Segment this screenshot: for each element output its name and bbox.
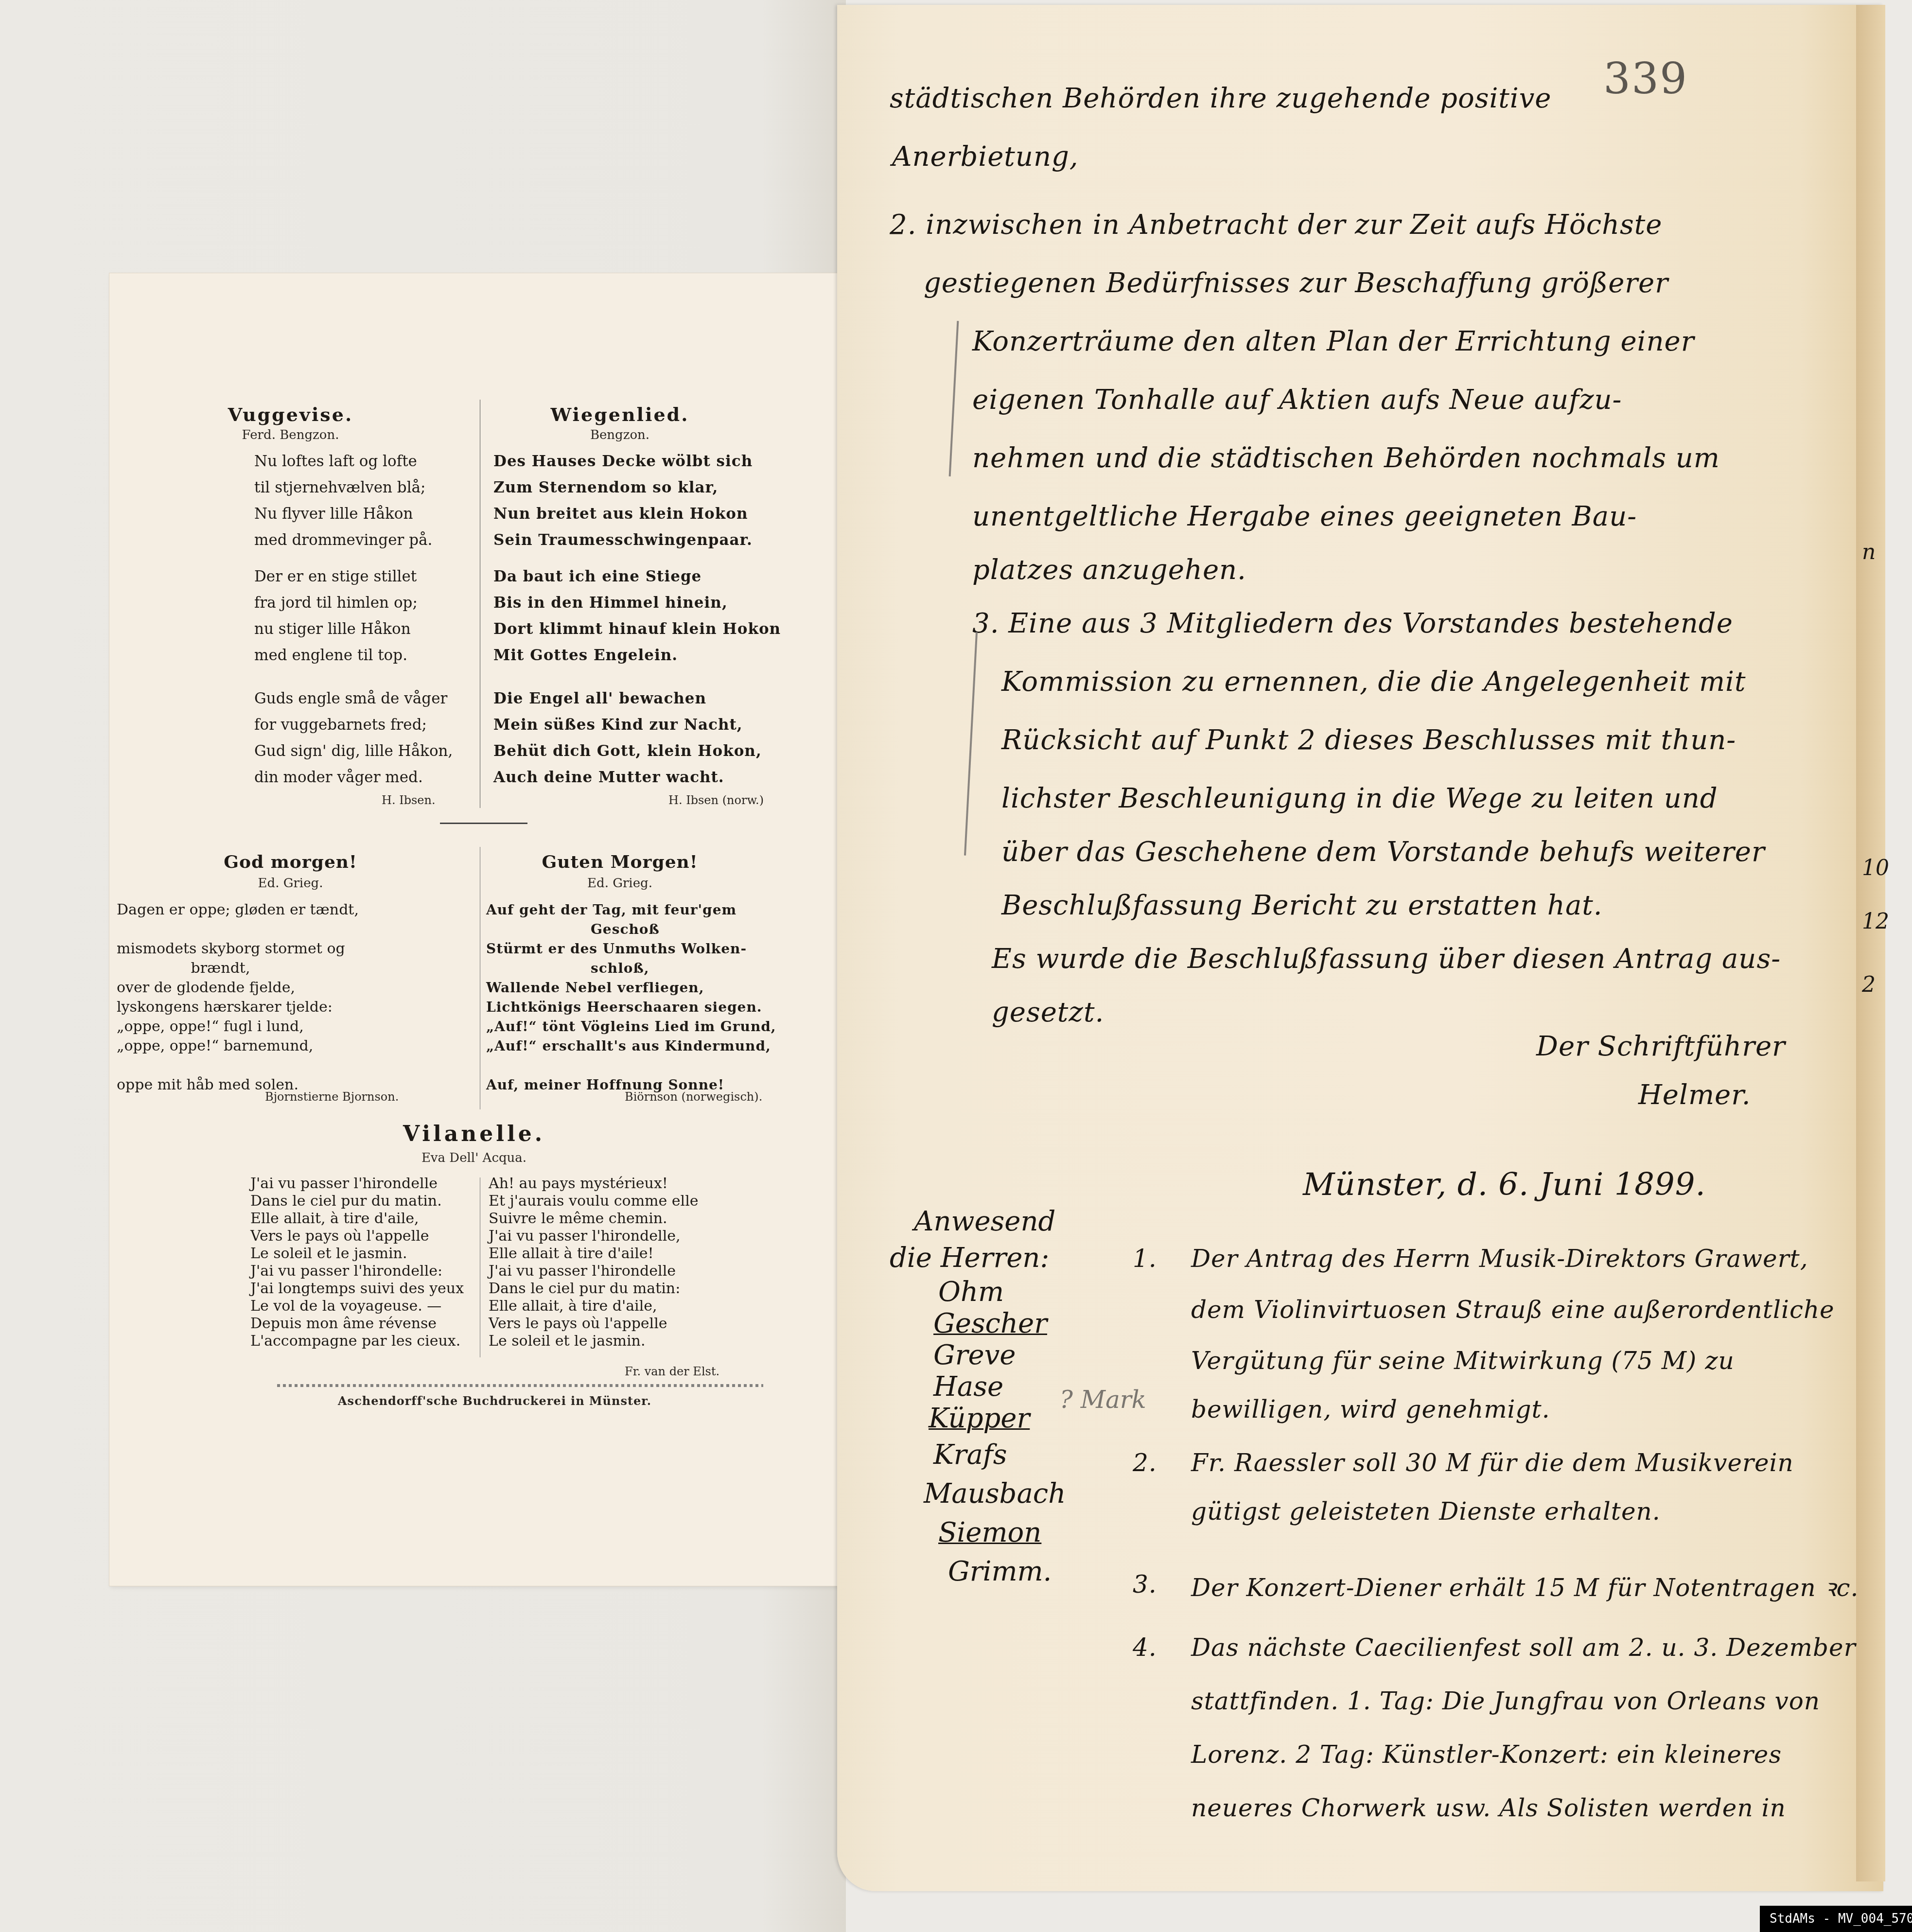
credit: Bjornstierne Bjornson. (265, 1090, 399, 1104)
attendee-name: Ohm (938, 1276, 1004, 1308)
handwritten-line: Kommission zu ernennen, die die Angelege… (1001, 666, 1746, 698)
handwritten-line: platzes anzugehen. (972, 554, 1246, 586)
item-line: Lorenz. 2 Tag: Künstler-Konzert: ein kle… (1191, 1740, 1782, 1769)
column-divider (480, 847, 480, 1109)
column-divider (480, 400, 480, 808)
credit: Biörnson (norwegisch). (625, 1090, 762, 1104)
attendee-name: Grimm. (948, 1556, 1052, 1587)
handwritten-line: Anerbietung, (892, 141, 1079, 173)
credit: H. Ibsen. (382, 793, 436, 807)
item-line: Fr. Raessler soll 30 M für die dem Musik… (1191, 1449, 1794, 1477)
item-line: Das nächste Caecilienfest soll am 2. u. … (1191, 1633, 1856, 1662)
attendance-heading: Anwesend (914, 1206, 1055, 1237)
handwritten-line: Beschlußfassung Bericht zu erstatten hat… (1001, 890, 1603, 921)
edge-mark: 12 (1862, 909, 1889, 934)
attendee-name: Küpper (929, 1403, 1030, 1434)
verse: Des Hauses Decke wölbt sich Zum Sternend… (493, 448, 753, 553)
verse: Dagen er oppe; gløden er tændt, mismodet… (117, 900, 359, 1095)
credit: H. Ibsen (norw.) (668, 793, 764, 807)
item-number: 2. (1133, 1449, 1157, 1477)
song-author: Ed. Grieg. (484, 876, 756, 891)
attendee-name: Mausbach (924, 1478, 1066, 1510)
section-rule (440, 823, 527, 824)
handwritten-line: über das Geschehene dem Vorstande behufs… (1001, 836, 1765, 868)
printed-programme-sheet: Vuggevise. Ferd. Bengzon. Nu loftes laft… (109, 273, 839, 1586)
song-author: Ed. Grieg. (109, 876, 472, 891)
pencil-note: ? Mark (1060, 1386, 1146, 1414)
archive-label: StdAMs - MV_004_570 (1760, 1906, 1912, 1932)
handwritten-line: 2. inzwischen in Anbetracht der zur Zeit… (890, 209, 1662, 241)
song-title-vuggevise: Vuggevise. (109, 404, 472, 425)
handwritten-line: 3. Eine aus 3 Mitgliedern des Vorstandes… (972, 608, 1733, 639)
edge-mark: 2 (1862, 972, 1876, 997)
handwritten-line: Rücksicht auf Punkt 2 dieses Beschlusses… (1001, 724, 1736, 756)
attendee-name: Hase (933, 1371, 1003, 1403)
handwritten-line: lichster Beschleunigung in die Wege zu l… (1001, 783, 1718, 814)
item-line: neueres Chorwerk usw. Als Solisten werde… (1191, 1794, 1786, 1822)
song-author: Eva Dell' Acqua. (109, 1151, 839, 1165)
song-title-guten-morgen: Guten Morgen! (484, 852, 756, 872)
item-line: gütigst geleisteten Dienste erhalten. (1191, 1497, 1661, 1526)
handwritten-line: gesetzt. (992, 997, 1104, 1028)
handwritten-line: Konzerträume den alten Plan der Errichtu… (972, 326, 1694, 357)
item-line: bewilligen, wird genehmigt. (1191, 1395, 1550, 1423)
song-author: Ferd. Bengzon. (109, 428, 472, 442)
page-number: 339 (1603, 53, 1688, 104)
attendee-name: Greve (933, 1339, 1016, 1371)
column-divider (480, 1177, 480, 1357)
printer-imprint: Aschendorff'sche Buchdruckerei in Münste… (338, 1394, 651, 1408)
handwritten-line: gestiegenen Bedürfnisses zur Beschaffung… (924, 267, 1668, 299)
song-title-god-morgen: God morgen! (109, 852, 472, 872)
handwritten-line: städtischen Behörden ihre zugehende posi… (890, 83, 1551, 114)
verse: Ah! au pays mystérieux! Et j'aurais voul… (489, 1175, 699, 1350)
item-number: 3. (1133, 1570, 1157, 1598)
verse: Guds engle små de våger for vuggebarnets… (254, 685, 453, 790)
handwritten-line: unentgeltliche Hergabe eines geeigneten … (972, 501, 1637, 532)
verse: Nu loftes laft og lofte til stjernehvælv… (254, 448, 432, 553)
verse: Der er en stige stillet fra jord til him… (254, 563, 418, 668)
item-number: 4. (1133, 1633, 1157, 1662)
attendee-name: Siemon (938, 1517, 1041, 1548)
attendance-subheading: die Herren: (890, 1242, 1049, 1274)
verse: J'ai vu passer l'hirondelle Dans le ciel… (250, 1175, 464, 1350)
verse: Die Engel all' bewachen Mein süßes Kind … (493, 685, 762, 790)
credit: Fr. van der Elst. (625, 1365, 719, 1378)
signature-name: Helmer. (1638, 1079, 1751, 1111)
item-line: dem Violinvirtuosen Strauß eine außerord… (1191, 1296, 1835, 1324)
attendee-name: Krafs (933, 1439, 1007, 1471)
item-number: 1. (1133, 1245, 1157, 1273)
handwritten-line: Es wurde die Beschlußfassung über diesen… (992, 943, 1781, 975)
item-line: stattfinden. 1. Tag: Die Jungfrau von Or… (1191, 1687, 1820, 1715)
signature-title: Der Schriftführer (1536, 1031, 1786, 1062)
song-title-wiegenlied: Wiegenlied. (484, 404, 756, 425)
song-author: Bengzon. (484, 428, 756, 442)
song-title-vilanelle: Vilanelle. (109, 1122, 839, 1146)
next-page-edge (1856, 5, 1885, 1881)
attendee-name: Gescher (933, 1308, 1047, 1339)
handwritten-line: nehmen und die städtischen Behörden noch… (972, 442, 1720, 474)
wavy-rule (277, 1384, 763, 1387)
edge-mark: n (1862, 540, 1876, 564)
item-line: Der Konzert-Diener erhält 15 M für Noten… (1191, 1570, 1859, 1603)
meeting-date: Münster, d. 6. Juni 1899. (1303, 1167, 1706, 1203)
edge-mark: 10 (1862, 856, 1889, 880)
item-line: Der Antrag des Herrn Musik-Direktors Gra… (1191, 1245, 1808, 1273)
verse: Da baut ich eine Stiege Bis in den Himme… (493, 563, 781, 668)
verse: Auf geht der Tag, mit feur'gem Geschoß S… (486, 900, 776, 1095)
handwritten-line: eigenen Tonhalle auf Aktien aufs Neue au… (972, 384, 1622, 416)
item-line: Vergütung für seine Mitwirkung (75 M) zu (1191, 1347, 1735, 1375)
